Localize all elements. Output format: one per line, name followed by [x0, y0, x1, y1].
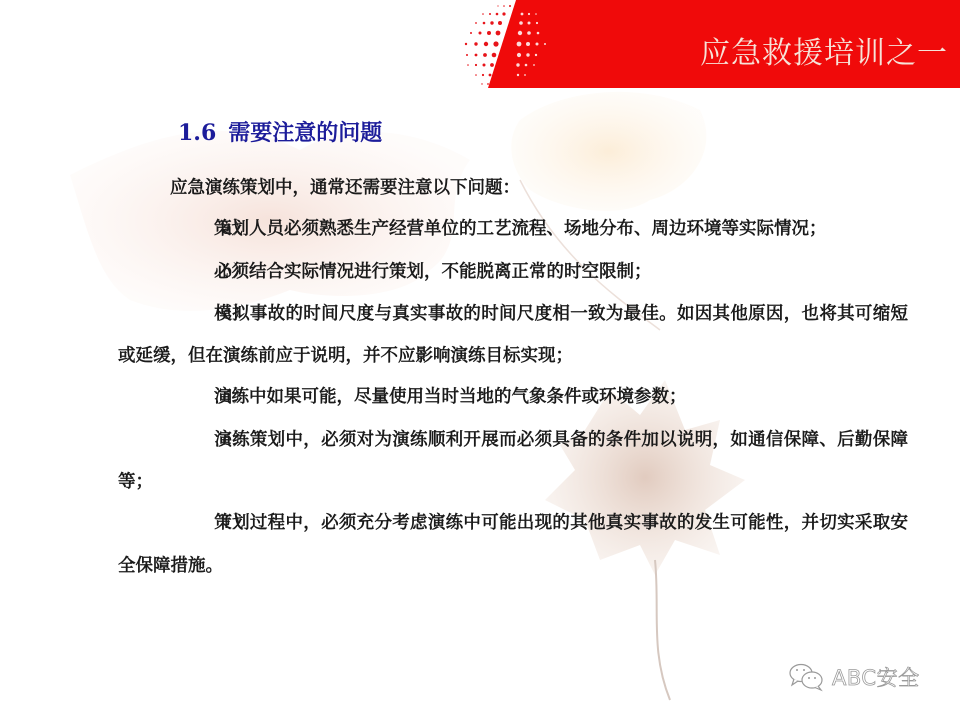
slide: 应急救援培训之一 1.6需要注意的问题 应急演练策划中，通常还需要注意以下问题：…	[0, 0, 960, 720]
item-marker: f）	[170, 504, 214, 545]
section-heading: 1.6需要注意的问题	[178, 116, 382, 147]
list-item-a: a）策划人员必须熟悉生产经营单位的工艺流程、场地分布、周边环境等实际情况；	[118, 209, 908, 251]
item-marker: d）	[170, 378, 214, 419]
item-text: 策划人员必须熟悉生产经营单位的工艺流程、场地分布、周边环境等实际情况；	[214, 219, 827, 239]
item-marker: c）	[170, 295, 214, 336]
item-marker: b）	[170, 253, 214, 294]
intro-paragraph: 应急演练策划中，通常还需要注意以下问题：	[118, 168, 908, 209]
list-item-f: f）策划过程中，必须充分考虑演练中可能出现的其他真实事故的发生可能性，并切实采取…	[118, 503, 908, 587]
body-text: 应急演练策划中，通常还需要注意以下问题： a）策划人员必须熟悉生产经营单位的工艺…	[118, 168, 908, 587]
list-item-d: d）演练中如果可能，尽量使用当时当地的气象条件或环境参数；	[118, 377, 908, 419]
item-text: 演练中如果可能，尽量使用当时当地的气象条件或环境参数；	[214, 387, 687, 407]
source-watermark: ABC安全	[788, 662, 920, 692]
wechat-icon	[788, 662, 826, 692]
item-marker: a）	[170, 210, 214, 251]
list-item-b: b）必须结合实际情况进行策划，不能脱离正常的时空限制；	[118, 252, 908, 294]
item-text: 必须结合实际情况进行策划，不能脱离正常的时空限制；	[214, 262, 652, 282]
section-number: 1.6	[178, 120, 216, 146]
watermark-text: ABC安全	[832, 662, 920, 692]
item-marker: e）	[170, 421, 214, 462]
list-item-c: c）模拟事故的时间尺度与真实事故的时间尺度相一致为最佳。如因其他原因，也将其可缩…	[118, 294, 908, 378]
header-banner: 应急救援培训之一	[488, 0, 960, 88]
list-item-e: e）演练策划中，必须对为演练顺利开展而必须具备的条件加以说明，如通信保障、后勤保…	[118, 420, 908, 504]
banner-title: 应急救援培训之一	[700, 28, 948, 72]
banner-inner-dots	[516, 0, 556, 88]
section-title-text: 需要注意的问题	[228, 120, 382, 146]
